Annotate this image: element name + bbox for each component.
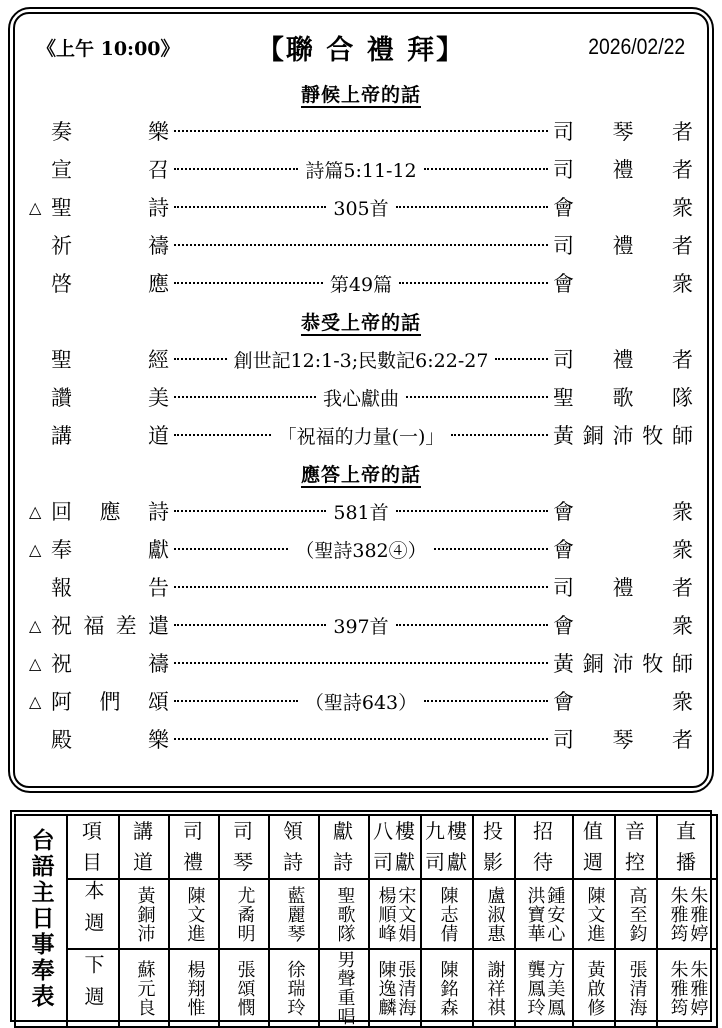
duty-name-cell: 男聲重唱 — [319, 949, 369, 1027]
item-name: 祈禱 — [51, 230, 169, 260]
duty-name-group: 洪寶華鍾安心 — [516, 880, 572, 948]
duty-header-cell: 領詩 — [269, 815, 319, 879]
duty-header-cell: 獻詩 — [319, 815, 369, 879]
stand-triangle-icon: △ — [29, 616, 51, 635]
duty-header-text: 八樓 — [370, 816, 420, 847]
duty-name-cell: 陳志倩 — [421, 879, 473, 949]
duty-header-text: 禮 — [170, 847, 218, 878]
duty-name-cell: 陳逸麟張清海 — [369, 949, 421, 1027]
duty-header-text: 道 — [120, 847, 168, 878]
item-detail: （聖詩382④） — [288, 536, 433, 563]
section-heading-text: 靜候上帝的話 — [301, 80, 421, 107]
section-heading: 靜候上帝的話 — [29, 74, 693, 112]
duty-name-cell: 徐瑞玲 — [269, 949, 319, 1027]
item-assignee: 聖歌隊 — [553, 382, 693, 412]
item-detail: （聖詩643） — [298, 688, 424, 715]
service-item: 殿樂司琴者 — [29, 720, 693, 758]
item-name: 回應詩 — [51, 496, 169, 526]
duty-name-group: 楊順峰宋文娟 — [370, 880, 420, 948]
dotted-leader — [434, 548, 548, 550]
duty-header-cell: 值週 — [573, 815, 615, 879]
duty-header-text: 項 — [68, 816, 118, 847]
item-detail: 581首 — [326, 498, 395, 525]
duty-week-label: 下週 — [83, 954, 103, 1018]
duty-name-group: 男聲重唱 — [320, 950, 368, 1026]
dotted-leader — [174, 206, 326, 208]
item-assignee: 會衆 — [553, 192, 693, 222]
dotted-leader — [174, 168, 298, 170]
duty-header-text: 講 — [120, 816, 168, 847]
service-item: 奏樂司琴者 — [29, 112, 693, 150]
dotted-leader — [396, 206, 548, 208]
duty-name-group: 陳文進 — [170, 880, 218, 948]
duty-header-text: 司 — [170, 816, 218, 847]
duty-header-text: 直 — [658, 816, 716, 847]
duty-name-cell: 陳銘森 — [421, 949, 473, 1027]
service-time: 《上午 10:00》 — [37, 34, 180, 61]
leader-area: 我心獻曲 — [174, 384, 548, 411]
service-date: 2026/02/22 — [588, 34, 685, 60]
duty-name-group: 高至鈞 — [616, 880, 656, 948]
item-name: 報告 — [51, 572, 169, 602]
duty-name: 鍾安心 — [545, 886, 564, 943]
duty-name: 盧淑惠 — [485, 886, 504, 943]
duty-name: 張清海 — [396, 960, 415, 1017]
leader-area — [174, 586, 548, 588]
item-detail: 創世記12:1-3;民數記6:22-27 — [227, 346, 496, 373]
item-name: 講道 — [51, 420, 169, 450]
item-assignee: 會衆 — [553, 686, 693, 716]
duty-name: 朱雅婷 — [688, 886, 707, 943]
bulletin-header: 《上午 10:00》 【聯 合 禮 拜】 2026/02/22 — [29, 20, 693, 74]
duty-name: 陳志倩 — [438, 886, 457, 943]
duty-name-cell: 張清海 — [615, 949, 657, 1027]
duty-name-group: 陳逸麟張清海 — [370, 950, 420, 1026]
service-item: △回應詩581首會衆 — [29, 492, 693, 530]
item-name: 阿們頌 — [51, 686, 169, 716]
duty-name-group: 朱雅筠朱雅婷 — [658, 880, 716, 948]
dotted-leader — [495, 358, 548, 360]
duty-header-row: 台語主日事奉表項目講道司禮司琴領詩獻詩八樓司獻九樓司獻投影招待值週音控直播 — [15, 815, 717, 879]
leader-area — [174, 662, 548, 664]
duty-name: 男聲重唱 — [335, 950, 354, 1026]
item-assignee: 黃銅沛牧師 — [553, 648, 693, 678]
dotted-leader — [399, 282, 548, 284]
service-lines: 靜候上帝的話奏樂司琴者宣召詩篇5:11-12司禮者△聖詩305首會衆祈禱司禮者啓… — [29, 74, 693, 758]
duty-name-cell: 尤矞明 — [219, 879, 269, 949]
duty-name: 陳銘森 — [438, 960, 457, 1017]
duty-name: 方美鳳 — [545, 960, 564, 1017]
item-detail: 「祝福的力量(一)」 — [271, 422, 452, 449]
duty-header-text: 招 — [516, 816, 572, 847]
item-detail: 305首 — [326, 194, 395, 221]
duty-name-cell: 謝祥祺 — [473, 949, 515, 1027]
service-item: △阿們頌（聖詩643）會衆 — [29, 682, 693, 720]
leader-area: 305首 — [174, 194, 548, 221]
service-item: △祝福差遣397首會衆 — [29, 606, 693, 644]
duty-name-cell: 洪寶華鍾安心 — [515, 879, 573, 949]
dotted-leader — [406, 396, 548, 398]
duty-name-cell: 朱雅筠朱雅婷 — [657, 879, 717, 949]
duty-name-cell: 龔鳳玲方美鳳 — [515, 949, 573, 1027]
dotted-leader — [174, 434, 271, 436]
duty-name: 朱雅筠 — [668, 960, 687, 1017]
duty-name: 陳文進 — [585, 886, 604, 943]
duty-header-cell: 項目 — [67, 815, 119, 879]
duty-week-label-cell: 本週 — [67, 879, 119, 949]
duty-header-text: 獻 — [320, 816, 368, 847]
duty-name-group: 蘇元良 — [120, 950, 168, 1026]
duty-corner-cell: 台語主日事奉表 — [15, 815, 67, 1027]
duty-name-group: 尤矞明 — [220, 880, 268, 948]
duty-header-text: 九樓 — [422, 816, 472, 847]
duty-header-text: 詩 — [320, 847, 368, 878]
service-item: 讚美我心獻曲聖歌隊 — [29, 378, 693, 416]
section-heading-text: 恭受上帝的話 — [301, 308, 421, 335]
duty-name-cell: 盧淑惠 — [473, 879, 515, 949]
duty-header-text: 控 — [616, 847, 656, 878]
dotted-leader — [174, 586, 548, 588]
service-item: 聖經創世記12:1-3;民數記6:22-27司禮者 — [29, 340, 693, 378]
item-name: 奏樂 — [51, 116, 169, 146]
leader-area: （聖詩643） — [174, 688, 548, 715]
duty-header-text: 目 — [68, 847, 118, 878]
duty-name-group: 張清海 — [616, 950, 656, 1026]
item-name: 聖詩 — [51, 192, 169, 222]
duty-name: 張頌憫 — [235, 960, 254, 1017]
duty-name: 楊翔惟 — [185, 960, 204, 1017]
duty-name: 高至鈞 — [627, 886, 646, 943]
order-of-service-box: 《上午 10:00》 【聯 合 禮 拜】 2026/02/22 靜候上帝的話奏樂… — [8, 7, 714, 793]
service-item: 報告司禮者 — [29, 568, 693, 606]
duty-name: 宋文娟 — [396, 886, 415, 943]
duty-name-group: 聖歌隊 — [320, 880, 368, 948]
dotted-leader — [174, 624, 326, 626]
item-name: 祝禱 — [51, 648, 169, 678]
stand-triangle-icon: △ — [29, 692, 51, 711]
duty-name: 徐瑞玲 — [285, 960, 304, 1017]
item-detail: 第49篇 — [323, 270, 399, 297]
duty-name-group: 徐瑞玲 — [270, 950, 318, 1026]
service-item: △奉獻（聖詩382④）會衆 — [29, 530, 693, 568]
item-detail: 397首 — [326, 612, 395, 639]
bulletin-page: 《上午 10:00》 【聯 合 禮 拜】 2026/02/22 靜候上帝的話奏樂… — [0, 0, 722, 1028]
duty-header-text: 琴 — [220, 847, 268, 878]
dotted-leader — [424, 700, 548, 702]
item-assignee: 司禮者 — [553, 154, 693, 184]
service-item: △聖詩305首會衆 — [29, 188, 693, 226]
item-assignee: 司琴者 — [553, 724, 693, 754]
page-title: 【聯 合 禮 拜】 — [257, 28, 465, 67]
dotted-leader — [424, 168, 548, 170]
dotted-leader — [174, 738, 548, 740]
duty-name-cell: 黃啟修 — [573, 949, 615, 1027]
service-item: △祝禱黃銅沛牧師 — [29, 644, 693, 682]
duty-header-cell: 講道 — [119, 815, 169, 879]
duty-name-cell: 陳文進 — [169, 879, 219, 949]
item-assignee: 司琴者 — [553, 116, 693, 146]
order-of-service-inner: 《上午 10:00》 【聯 合 禮 拜】 2026/02/22 靜候上帝的話奏樂… — [13, 12, 709, 788]
duty-name-cell: 朱雅筠朱雅婷 — [657, 949, 717, 1027]
leader-area: 「祝福的力量(一)」 — [174, 422, 548, 449]
item-name: 祝福差遣 — [51, 610, 169, 640]
item-assignee: 會衆 — [553, 610, 693, 640]
duty-name: 尤矞明 — [235, 886, 254, 943]
dotted-leader — [396, 510, 548, 512]
section-heading-text: 應答上帝的話 — [301, 460, 421, 487]
duty-header-text: 週 — [574, 847, 614, 878]
dotted-leader — [174, 510, 326, 512]
item-name: 讚美 — [51, 382, 169, 412]
duty-name-cell: 張頌憫 — [219, 949, 269, 1027]
dotted-leader — [174, 396, 316, 398]
duty-name-cell: 聖歌隊 — [319, 879, 369, 949]
stand-triangle-icon: △ — [29, 198, 51, 217]
dotted-leader — [396, 624, 548, 626]
duty-name-group: 黃啟修 — [574, 950, 614, 1026]
leader-area: 詩篇5:11-12 — [174, 156, 548, 183]
duty-header-text: 值 — [574, 816, 614, 847]
duty-header-text: 音 — [616, 816, 656, 847]
item-name: 啓應 — [51, 268, 169, 298]
duty-header-text: 詩 — [270, 847, 318, 878]
duty-row: 下週蘇元良楊翔惟張頌憫徐瑞玲男聲重唱陳逸麟張清海陳銘森謝祥祺龔鳳玲方美鳳黃啟修張… — [15, 949, 717, 1027]
duty-name-group: 盧淑惠 — [474, 880, 514, 948]
leader-area: 397首 — [174, 612, 548, 639]
duty-name-group: 陳文進 — [574, 880, 614, 948]
duty-header-cell: 八樓司獻 — [369, 815, 421, 879]
duty-week-label-cell: 下週 — [67, 949, 119, 1027]
dotted-leader — [451, 434, 548, 436]
duty-header-text: 播 — [658, 847, 716, 878]
dotted-leader — [174, 244, 548, 246]
item-detail: 詩篇5:11-12 — [298, 156, 423, 183]
duty-name-group: 謝祥祺 — [474, 950, 514, 1026]
duty-header-cell: 音控 — [615, 815, 657, 879]
duty-name: 朱雅筠 — [668, 886, 687, 943]
duty-name: 楊順峰 — [376, 886, 395, 943]
leader-area — [174, 738, 548, 740]
stand-triangle-icon: △ — [29, 654, 51, 673]
item-name: 殿樂 — [51, 724, 169, 754]
duty-name-group: 陳志倩 — [422, 880, 472, 948]
duty-row: 本週黃銅沛陳文進尤矞明藍麗琴聖歌隊楊順峰宋文娟陳志倩盧淑惠洪寶華鍾安心陳文進高至… — [15, 879, 717, 949]
item-assignee: 會衆 — [553, 534, 693, 564]
duty-week-label: 本週 — [83, 880, 103, 944]
duty-name-cell: 楊順峰宋文娟 — [369, 879, 421, 949]
leader-area: 創世記12:1-3;民數記6:22-27 — [174, 346, 548, 373]
duty-name-group: 龔鳳玲方美鳳 — [516, 950, 572, 1026]
duty-header-cell: 投影 — [473, 815, 515, 879]
item-assignee: 司禮者 — [553, 344, 693, 374]
duty-header-text: 司 — [220, 816, 268, 847]
duty-name: 陳逸麟 — [376, 960, 395, 1017]
duty-name-group: 張頌憫 — [220, 950, 268, 1026]
duty-name-group: 黃銅沛 — [120, 880, 168, 948]
duty-name-cell: 楊翔惟 — [169, 949, 219, 1027]
duty-name: 龔鳳玲 — [525, 960, 544, 1017]
service-item: 祈禱司禮者 — [29, 226, 693, 264]
duty-header-text: 影 — [474, 847, 514, 878]
duty-name: 蘇元良 — [135, 960, 154, 1017]
item-assignee: 黃銅沛牧師 — [553, 420, 693, 450]
duty-header-cell: 直播 — [657, 815, 717, 879]
duty-header-cell: 招待 — [515, 815, 573, 879]
duty-header-text: 投 — [474, 816, 514, 847]
duty-name: 聖歌隊 — [335, 886, 354, 943]
duty-name-group: 藍麗琴 — [270, 880, 318, 948]
section-heading: 恭受上帝的話 — [29, 302, 693, 340]
item-assignee: 會衆 — [553, 496, 693, 526]
leader-area: 581首 — [174, 498, 548, 525]
duty-corner-label: 台語主日事奉表 — [30, 828, 53, 1010]
duty-name-cell: 蘇元良 — [119, 949, 169, 1027]
item-assignee: 司禮者 — [553, 572, 693, 602]
section-heading: 應答上帝的話 — [29, 454, 693, 492]
duty-header-text: 司獻 — [422, 847, 472, 878]
dotted-leader — [174, 548, 288, 550]
duty-name: 黃啟修 — [585, 960, 604, 1017]
stand-triangle-icon: △ — [29, 540, 51, 559]
duty-name: 黃銅沛 — [135, 886, 154, 943]
duty-name-cell: 高至鈞 — [615, 879, 657, 949]
dotted-leader — [174, 662, 548, 664]
duty-header-text: 領 — [270, 816, 318, 847]
duty-name-cell: 藍麗琴 — [269, 879, 319, 949]
service-item: 宣召詩篇5:11-12司禮者 — [29, 150, 693, 188]
duty-name-group: 楊翔惟 — [170, 950, 218, 1026]
duty-name: 朱雅婷 — [688, 960, 707, 1017]
dotted-leader — [174, 700, 298, 702]
duty-header-cell: 司琴 — [219, 815, 269, 879]
duty-name: 洪寶華 — [525, 886, 544, 943]
duty-header-text: 待 — [516, 847, 572, 878]
duty-name-group: 陳銘森 — [422, 950, 472, 1026]
duty-header-cell: 司禮 — [169, 815, 219, 879]
service-item: 講道「祝福的力量(一)」黃銅沛牧師 — [29, 416, 693, 454]
duty-name: 陳文進 — [185, 886, 204, 943]
item-detail: 我心獻曲 — [316, 384, 406, 411]
dotted-leader — [174, 282, 323, 284]
dotted-leader — [174, 130, 548, 132]
duty-name: 張清海 — [627, 960, 646, 1017]
item-name: 宣召 — [51, 154, 169, 184]
leader-area — [174, 130, 548, 132]
duty-name-cell: 黃銅沛 — [119, 879, 169, 949]
duty-name-group: 朱雅筠朱雅婷 — [658, 950, 716, 1026]
duty-header-text: 司獻 — [370, 847, 420, 878]
duty-table: 台語主日事奉表項目講道司禮司琴領詩獻詩八樓司獻九樓司獻投影招待值週音控直播本週黃… — [14, 814, 718, 1028]
item-assignee: 司禮者 — [553, 230, 693, 260]
duty-name: 謝祥祺 — [485, 960, 504, 1017]
leader-area: 第49篇 — [174, 270, 548, 297]
leader-area: （聖詩382④） — [174, 536, 548, 563]
item-name: 聖經 — [51, 344, 169, 374]
item-assignee: 會衆 — [553, 268, 693, 298]
duty-name: 藍麗琴 — [285, 886, 304, 943]
dotted-leader — [174, 358, 227, 360]
duty-table-box: 台語主日事奉表項目講道司禮司琴領詩獻詩八樓司獻九樓司獻投影招待值週音控直播本週黃… — [10, 810, 712, 1022]
duty-name-cell: 陳文進 — [573, 879, 615, 949]
stand-triangle-icon: △ — [29, 502, 51, 521]
item-name: 奉獻 — [51, 534, 169, 564]
service-item: 啓應第49篇會衆 — [29, 264, 693, 302]
duty-header-cell: 九樓司獻 — [421, 815, 473, 879]
leader-area — [174, 244, 548, 246]
